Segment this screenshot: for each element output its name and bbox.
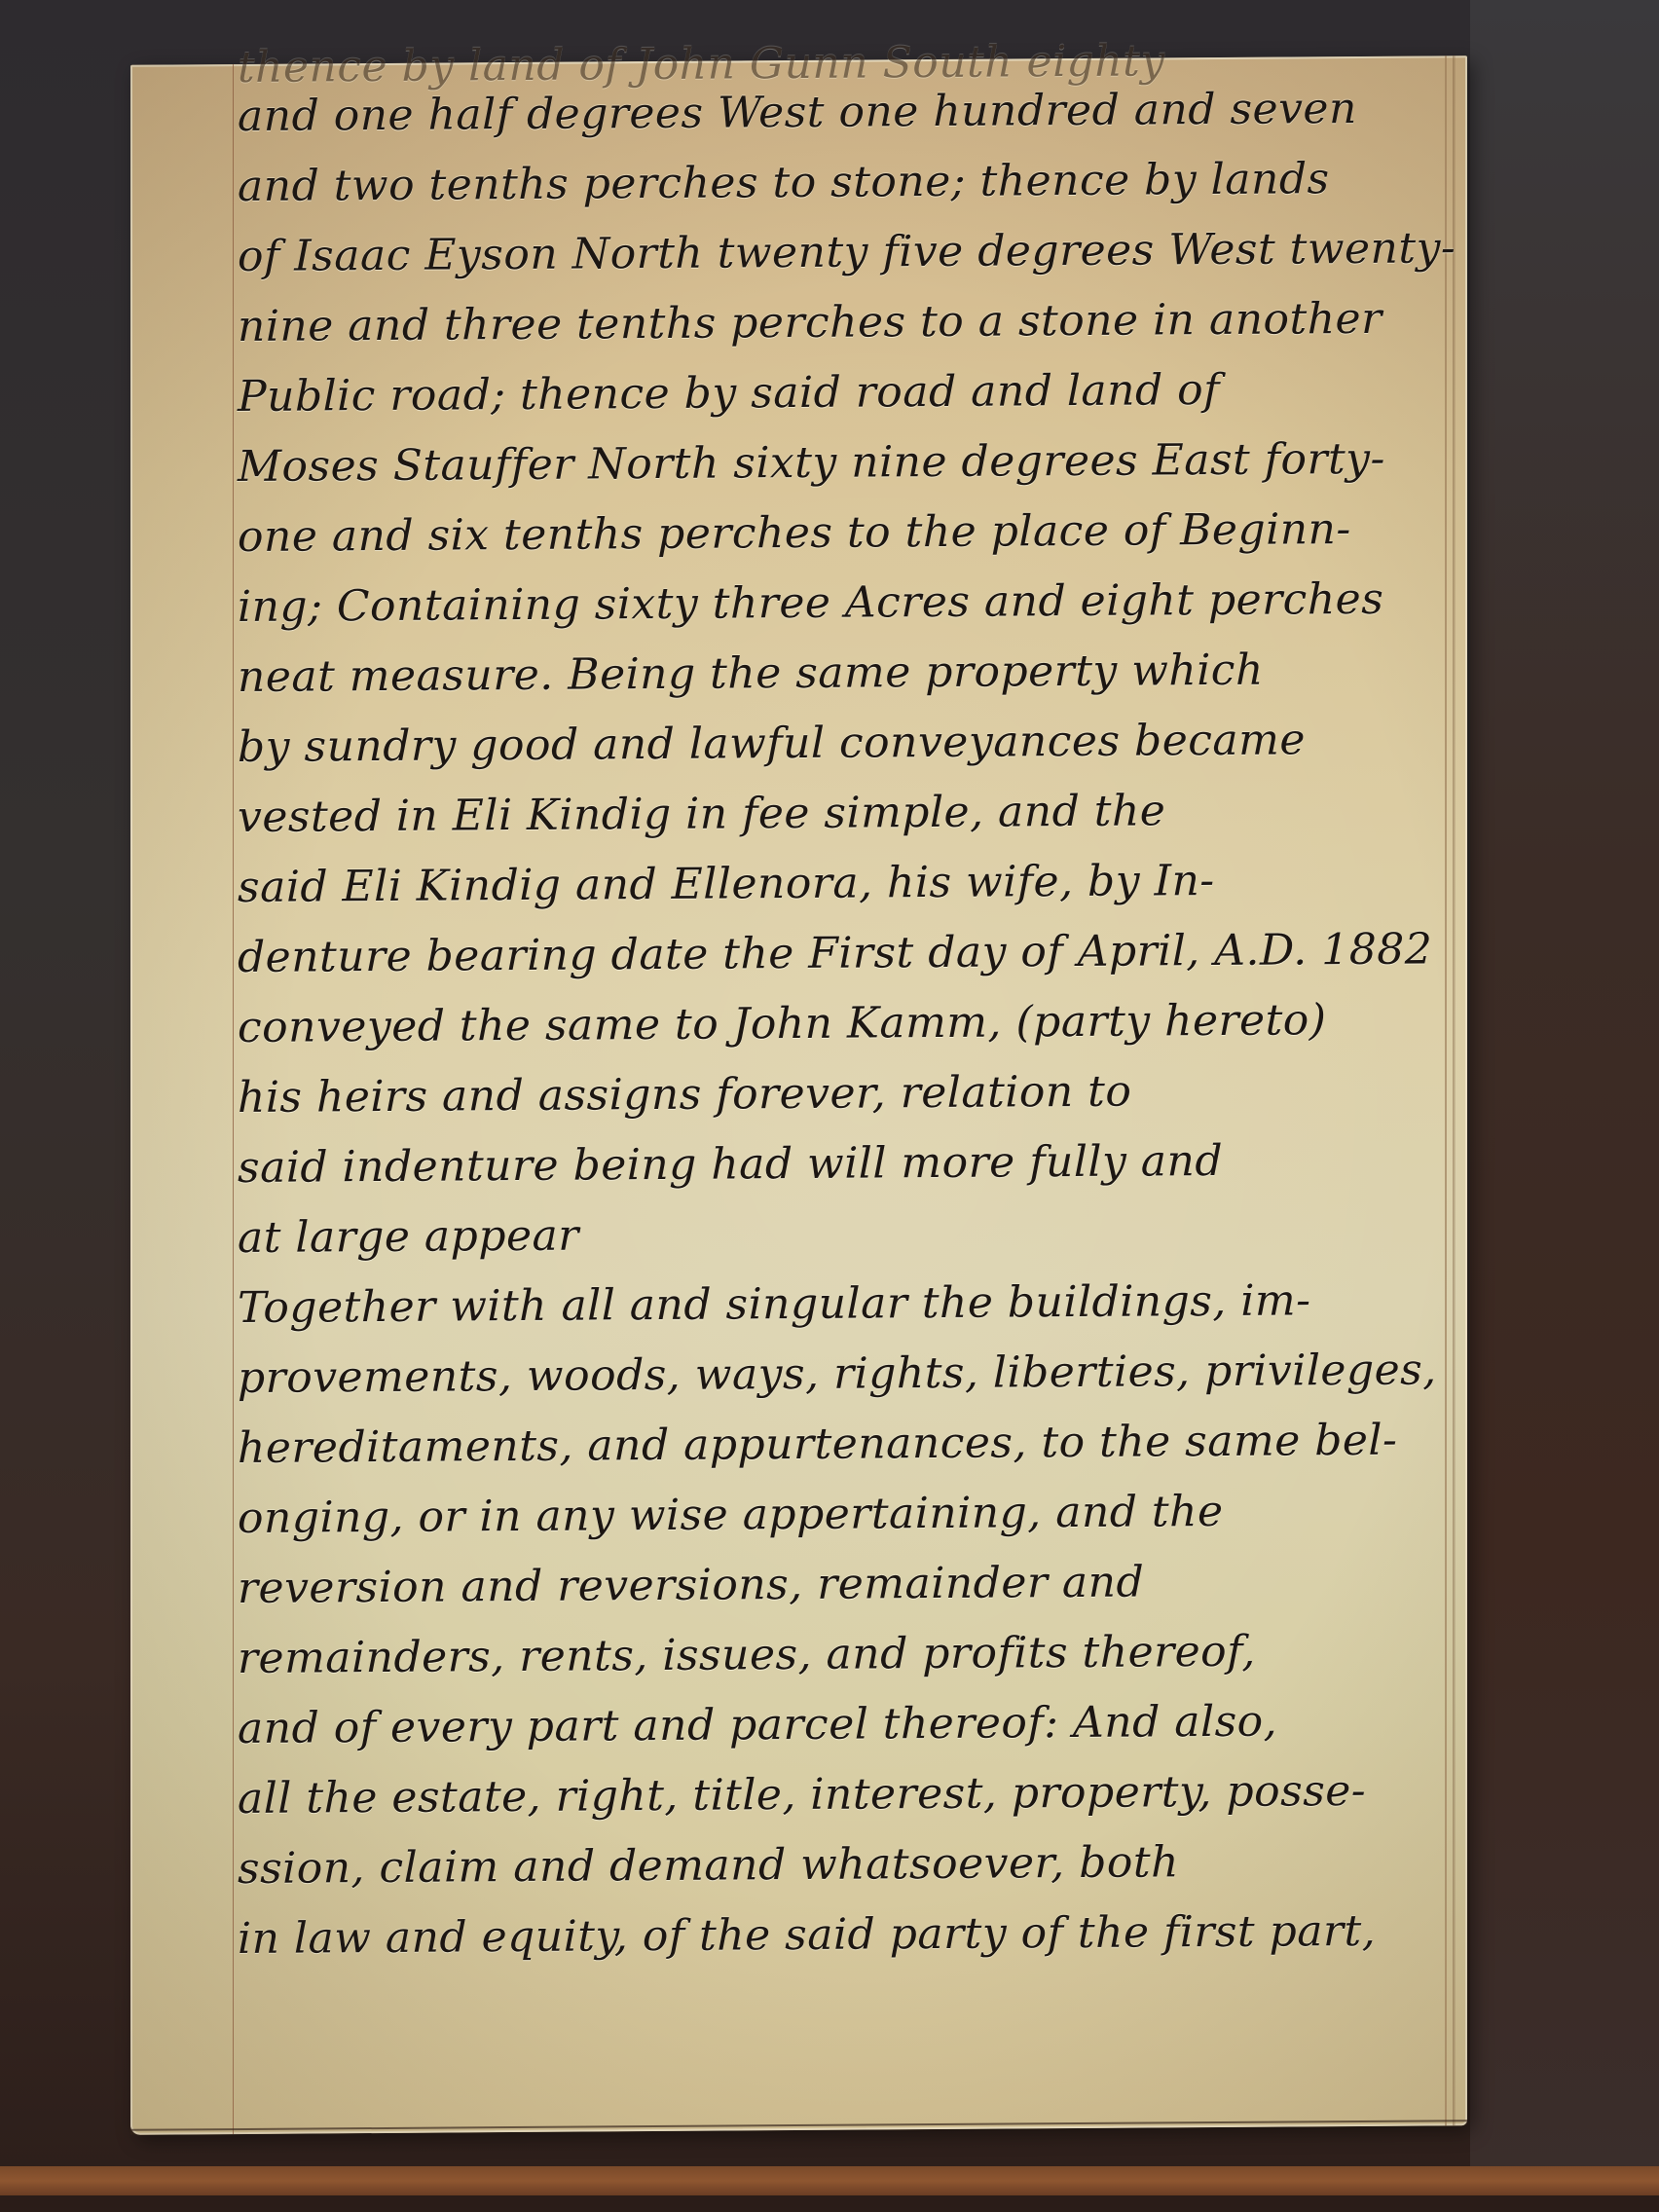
handwritten-line: by sundry good and lawful conveyances be… — [238, 715, 1306, 772]
handwritten-line: ssion, claim and demand whatsoever, both — [238, 1837, 1179, 1894]
handwritten-line: of Isaac Eyson North twenty five degrees… — [238, 223, 1456, 281]
ledger-page: thence by land of John Gunn South eighty… — [130, 55, 1467, 2135]
handwritten-line: neat measure. Being the same property wh… — [238, 645, 1264, 702]
wooden-table-edge — [0, 2166, 1659, 2195]
handwritten-line: remainders, rents, issues, and profits t… — [238, 1627, 1256, 1683]
handwritten-line: ing; Containing sixty three Acres and ei… — [238, 574, 1383, 632]
handwritten-line: one and six tenths perches to the place … — [238, 504, 1351, 562]
handwritten-line: in law and equity, of the said party of … — [238, 1906, 1376, 1964]
handwritten-line: onging, or in any wise appertaining, and… — [238, 1487, 1224, 1543]
table-shadow — [0, 2195, 1659, 2212]
handwritten-line: vested in Eli Kindig in fee simple, and … — [238, 786, 1165, 842]
photo-background-right — [1470, 0, 1659, 2212]
handwritten-text-block: thence by land of John Gunn South eighty… — [238, 55, 1445, 64]
handwritten-line: provements, woods, ways, rights, liberti… — [238, 1345, 1437, 1403]
bottom-rule — [130, 2120, 1467, 2131]
handwritten-line: his heirs and assigns forever, relation … — [238, 1067, 1131, 1123]
handwritten-line: conveyed the same to John Kamm, (party h… — [238, 995, 1326, 1052]
handwritten-line: and two tenths perches to stone; thence … — [238, 154, 1330, 211]
right-margin-shadow-rule — [1453, 55, 1456, 2125]
handwritten-line: thence by land of John Gunn South eighty — [238, 36, 1165, 92]
left-margin-rule — [233, 64, 234, 2134]
handwritten-line: Moses Stauffer North sixty nine degrees … — [238, 434, 1385, 492]
handwritten-line: all the estate, right, title, interest, … — [238, 1766, 1366, 1824]
handwritten-line: said Eli Kindig and Ellenora, his wife, … — [238, 856, 1215, 912]
handwritten-line: at large appear — [238, 1211, 579, 1263]
handwritten-line: nine and three tenths perches to a stone… — [238, 294, 1382, 351]
right-margin-rule — [1445, 55, 1447, 2125]
handwritten-line: reversion and reversions, remainder and — [238, 1558, 1144, 1614]
handwritten-line: and of every part and parcel thereof: An… — [238, 1697, 1277, 1753]
handwritten-line: denture bearing date the First day of Ap… — [238, 924, 1432, 982]
handwritten-line: and one half degrees West one hundred an… — [238, 84, 1357, 141]
handwritten-line: said indenture being had will more fully… — [238, 1136, 1223, 1193]
handwritten-line: hereditaments, and appurtenances, to the… — [238, 1416, 1397, 1473]
handwritten-line: Together with all and singular the build… — [238, 1275, 1311, 1333]
handwritten-line: Public road; thence by said road and lan… — [238, 365, 1220, 422]
